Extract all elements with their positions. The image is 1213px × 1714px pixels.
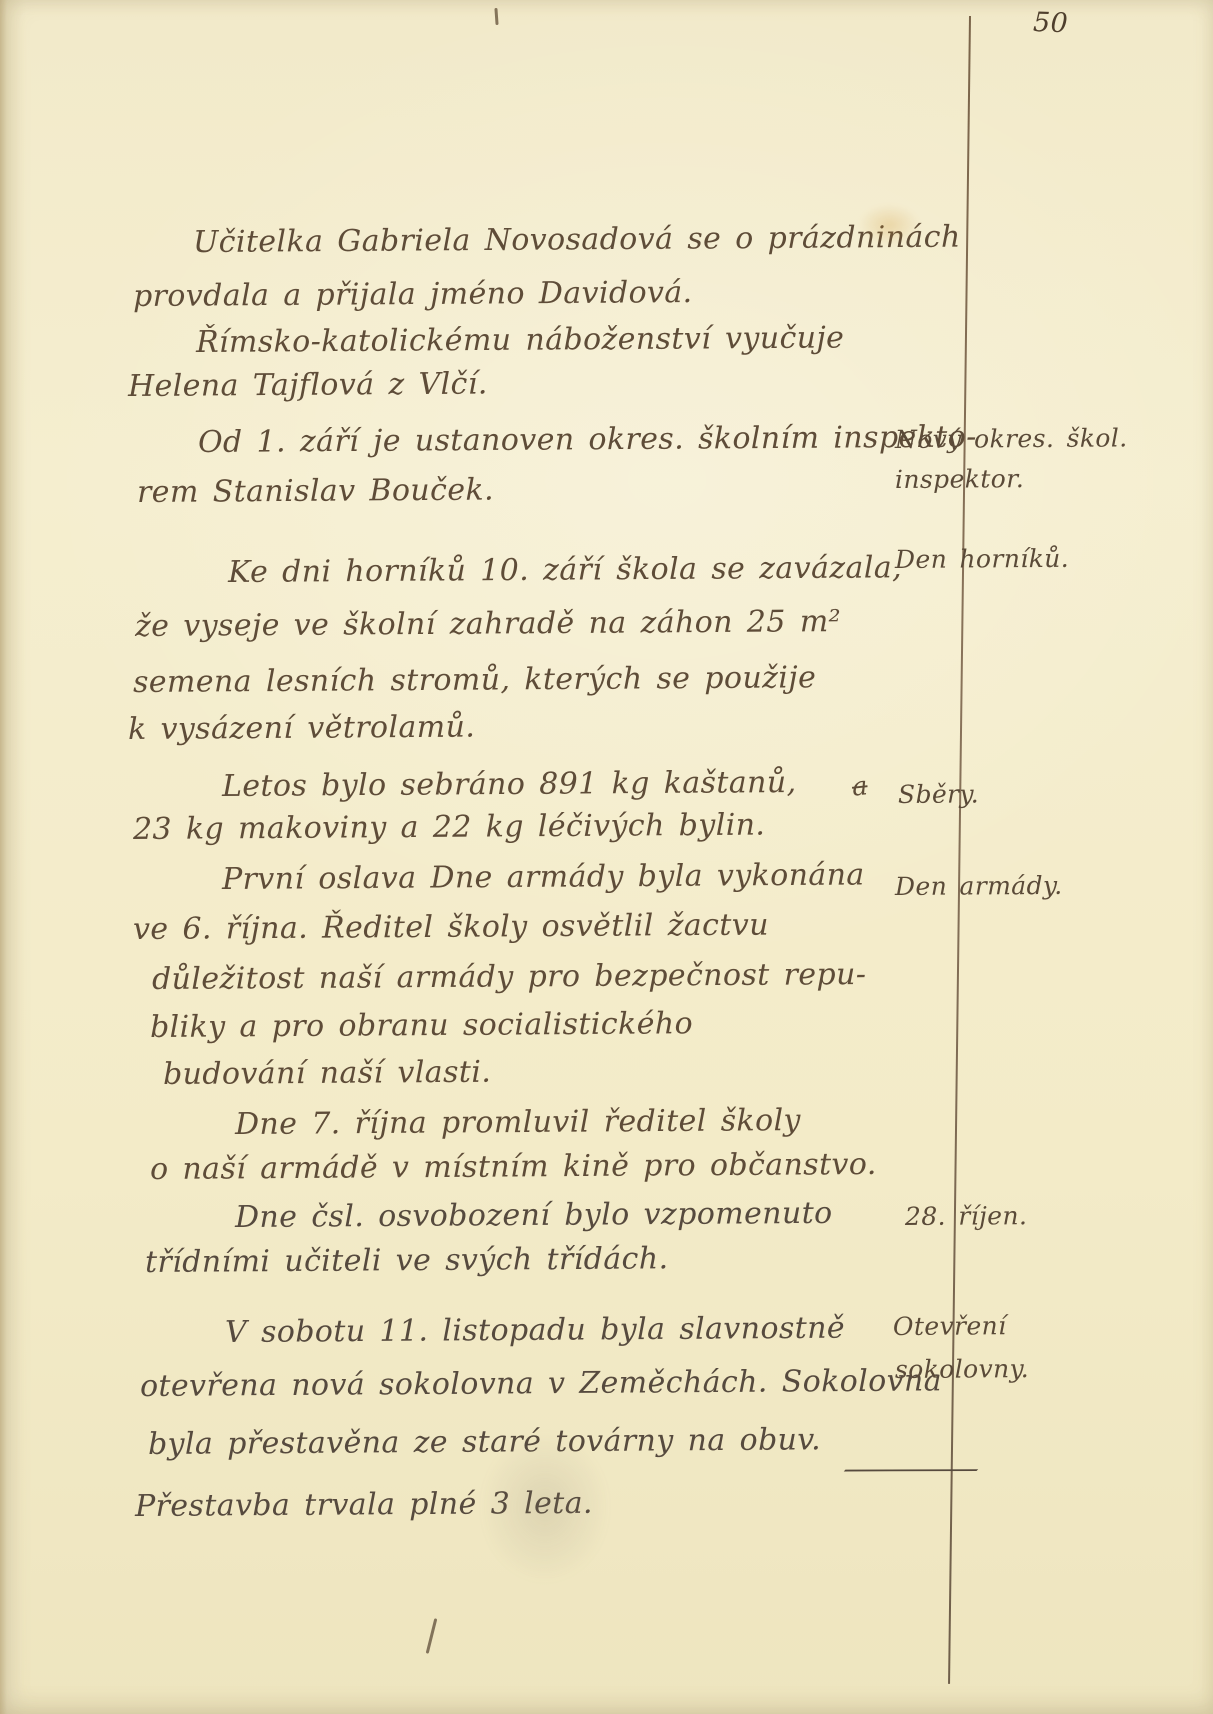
text-line: Dne čsl. osvobození bylo vzpomenuto <box>235 1197 833 1235</box>
text-line: rem Stanislav Bouček. <box>137 474 494 510</box>
text-line: 23 kg makoviny a 22 kg léčivých bylin. <box>133 809 766 847</box>
text-line: k vysázení větrolamů. <box>128 711 475 747</box>
text-line: důležitost naší armády pro bezpečnost re… <box>152 958 867 997</box>
strike-flourish-dash: — <box>837 1452 986 1485</box>
margin-note: inspektor. <box>895 464 1024 495</box>
text-line: třídními učiteli ve svých třídách. <box>145 1242 669 1280</box>
text-line: budování naší vlasti. <box>163 1056 491 1092</box>
text-line: byla přestavěna ze staré továrny na obuv… <box>148 1423 821 1462</box>
text-line: otevřena nová sokolovna v Zeměchách. Sok… <box>140 1364 942 1404</box>
text-line: o naší armádě v místním kině pro občanst… <box>150 1148 877 1187</box>
margin-note: 28. říjen. <box>905 1201 1027 1232</box>
text-line: První oslava Dne armády byla vykonána <box>222 859 865 897</box>
text-line: ve 6. října. Ředitel školy osvětlil žact… <box>133 909 769 947</box>
pen-slash-mark <box>426 1618 438 1654</box>
margin-note: Nový okres. škol. <box>895 423 1128 455</box>
ink-speck <box>494 8 498 25</box>
text-line: Ke dni horníků 10. září škola se zavázal… <box>228 551 902 590</box>
paper-stain <box>858 204 920 246</box>
text-line: provdala a přijala jméno Davidová. <box>133 276 693 314</box>
text-line: Římsko-katolickému náboženství vyučuje <box>196 321 845 360</box>
text-line: Dne 7. října promluvil ředitel školy <box>235 1104 801 1142</box>
ink-smudge <box>478 1428 612 1586</box>
margin-note: sokolovny. <box>895 1354 1029 1385</box>
margin-note: Den armády. <box>895 871 1063 902</box>
text-line: bliky a pro obranu socialistického <box>150 1007 693 1045</box>
text-line: Od 1. září je ustanoven okres. školním i… <box>198 421 977 460</box>
text-line: V sobotu 11. listopadu byla slavnostně <box>225 1312 845 1350</box>
margin-note: Den horníků. <box>895 544 1069 575</box>
margin-note: Sběry. <box>898 779 979 810</box>
text-line: semena lesních stromů, kterých se použij… <box>133 661 816 700</box>
margin-rule-line <box>948 16 971 1684</box>
text-line: Helena Tajflová z Vlčí. <box>128 367 488 404</box>
text-line: Učitelka Gabriela Novosadová se o prázdn… <box>193 221 961 260</box>
margin-note: Otevření <box>893 1311 1007 1342</box>
text-line: Letos bylo sebráno 891 kg kaštanů, <box>222 766 797 804</box>
text-line: že vyseje ve školní zahradě na záhon 25 … <box>135 605 841 644</box>
chronicle-page-scan: 50 Učitelka Gabriela Novosadová se o prá… <box>0 0 1213 1714</box>
crossed-out-letter: a <box>850 771 869 802</box>
page-number: 50 <box>1032 6 1068 41</box>
